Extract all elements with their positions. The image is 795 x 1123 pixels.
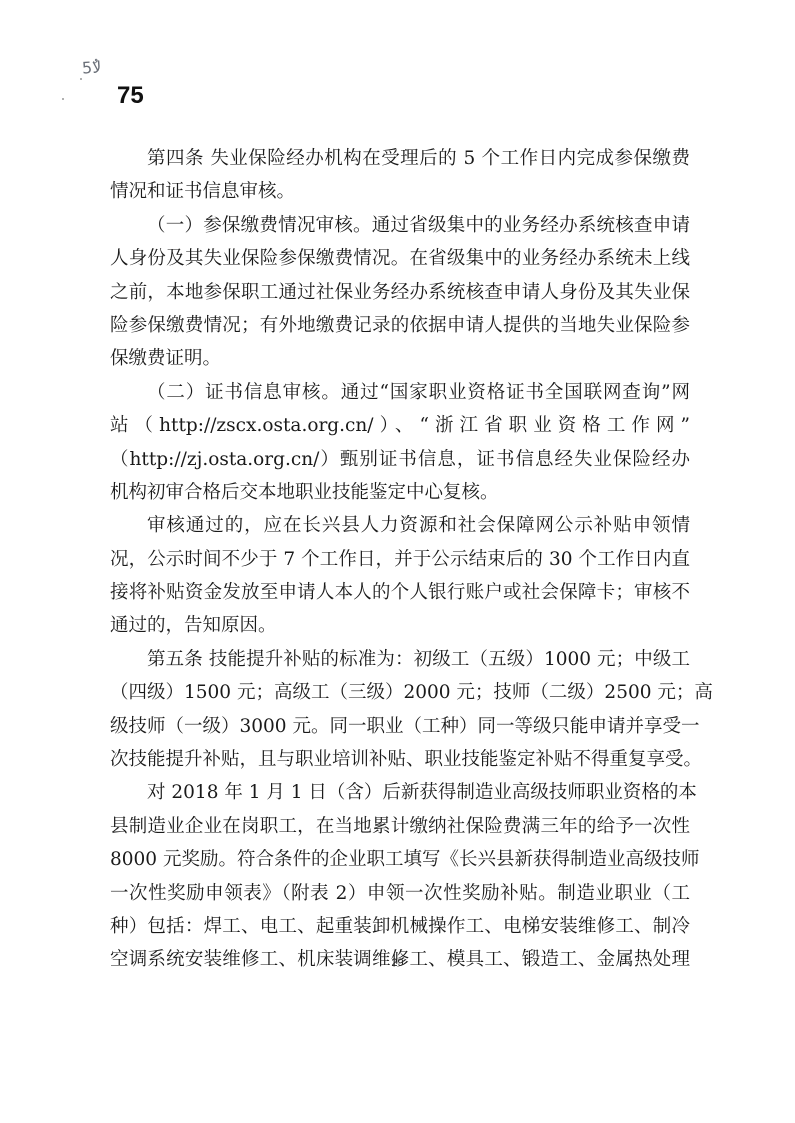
paragraph-item-1: （一）参保缴费情况审核。通过省级集中的业务经办系统核查申请 人身份及其失业保险参… bbox=[110, 209, 690, 376]
paragraph-award: 对 2018 年 1 月 1 日（含）后新获得制造业高级技师职业资格的本 县制造… bbox=[110, 776, 690, 976]
text-line: 种）包括：焊工、电工、起重装卸机械操作工、电梯安装维修工、制冷 bbox=[110, 910, 690, 943]
text-line: 第五条 技能提升补贴的标准为：初级工（五级）1000 元；中级工 bbox=[110, 643, 690, 676]
paragraph-approval: 审核通过的，应在长兴县人力资源和社会保障网公示补贴申领情 况，公示时间不少于 7… bbox=[110, 509, 690, 643]
paragraph-item-2: （二）证书信息审核。通过“国家职业资格证书全国联网查询”网 站（http://z… bbox=[110, 376, 690, 510]
text-line: （http://zj.osta.org.cn/）甄别证书信息，证书信息经失业保险… bbox=[110, 443, 690, 476]
handwritten-mark: ﻻ5ٌ bbox=[81, 57, 102, 77]
text-line: 对 2018 年 1 月 1 日（含）后新获得制造业高级技师职业资格的本 bbox=[110, 776, 690, 809]
text-line: 8000 元奖励。符合条件的企业职工填写《长兴县新获得制造业高级技师 bbox=[110, 843, 690, 876]
text-line: 接将补贴资金发放至申请人本人的个人银行账户或社会保障卡；审核不 bbox=[110, 576, 690, 609]
stamp-number: 75 bbox=[117, 82, 144, 110]
text-line: （一）参保缴费情况审核。通过省级集中的业务经办系统核查申请 bbox=[110, 209, 690, 242]
text-line: （二）证书信息审核。通过“国家职业资格证书全国联网查询”网 bbox=[110, 376, 690, 409]
text-line: 审核通过的，应在长兴县人力资源和社会保障网公示补贴申领情 bbox=[110, 509, 690, 542]
paragraph-article-4: 第四条 失业保险经办机构在受理后的 5 个工作日内完成参保缴费 情况和证书信息审… bbox=[110, 142, 690, 209]
text-line: 第四条 失业保险经办机构在受理后的 5 个工作日内完成参保缴费 bbox=[110, 142, 690, 175]
text-line: 一次性奖励申领表》（附表 2）申领一次性奖励补贴。制造业职业（工 bbox=[110, 877, 690, 910]
text-line: 县制造业企业在岗职工，在当地累计缴纳社保险费满三年的给予一次性 bbox=[110, 810, 690, 843]
text-line: 况，公示时间不少于 7 个工作日，并于公示结束后的 30 个工作日内直 bbox=[110, 543, 690, 576]
text-line: 情况和证书信息审核。 bbox=[110, 175, 690, 208]
text-line: 级技师（一级）3000 元。同一职业（工种）同一等级只能申请并享受一 bbox=[110, 710, 690, 743]
scan-speck bbox=[62, 98, 64, 100]
text-line: 站（http://zscx.osta.org.cn/）、“浙江省职业资格工作网” bbox=[110, 409, 690, 442]
paragraph-article-5: 第五条 技能提升补贴的标准为：初级工（五级）1000 元；中级工 （四级）150… bbox=[110, 643, 690, 777]
text-line: 之前，本地参保职工通过社保业务经办系统核查申请人身份及其失业保 bbox=[110, 276, 690, 309]
scan-speck bbox=[80, 78, 82, 80]
text-line: 险参保缴费情况；有外地缴费记录的依据申请人提供的当地失业保险参 bbox=[110, 309, 690, 342]
text-line: 人身份及其失业保险参保缴费情况。在省级集中的业务经办系统未上线 bbox=[110, 242, 690, 275]
text-line: （四级）1500 元；高级工（三级）2000 元；技师（二级）2500 元；高 bbox=[110, 676, 690, 709]
text-line: 机构初审合格后交本地职业技能鉴定中心复核。 bbox=[110, 476, 690, 509]
document-body: 第四条 失业保险经办机构在受理后的 5 个工作日内完成参保缴费 情况和证书信息审… bbox=[110, 142, 690, 977]
page-number: 29 bbox=[0, 957, 795, 969]
text-line: 保缴费证明。 bbox=[110, 342, 690, 375]
text-line: 次技能提升补贴，且与职业培训补贴、职业技能鉴定补贴不得重复享受。 bbox=[110, 743, 690, 776]
text-line: 通过的，告知原因。 bbox=[110, 609, 690, 642]
